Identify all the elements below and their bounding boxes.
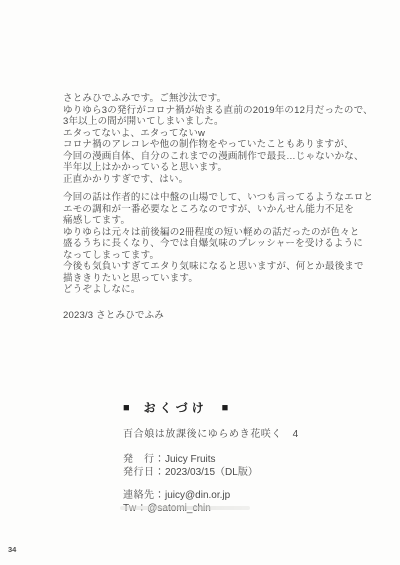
contact-row-value: juicy@din.or.jp <box>165 490 230 501</box>
afterword-line: 描ききりたいと思っています。 <box>63 273 383 285</box>
afterword-line: エモの調和が一番必要なところなのですが、いかんせん能力不足を <box>63 204 383 216</box>
afterword-line: なってしまってます。 <box>63 250 383 262</box>
scan-artifact <box>120 506 250 510</box>
afterword-lines: さとみひでふみです。ご無沙汰です。ゆりゆら3の発行がコロナ禍が始まる直前の201… <box>63 93 383 310</box>
afterword-line: 半年以上はかかっていると思います。 <box>63 162 383 174</box>
afterword-line <box>63 296 383 303</box>
colophon-heading-label: おくづけ <box>144 401 208 416</box>
afterword-line: 正直かかりすぎです、はい。 <box>63 174 383 186</box>
afterword-line: 今回の話は作者的には中盤の山場でして、いつも言ってるようなエロと <box>63 192 383 204</box>
publication-row-label: 発行日： <box>123 467 165 478</box>
afterword-line <box>63 303 383 310</box>
afterword-line: 3年以上の間が開いてしまいました。 <box>63 116 383 128</box>
page-number: 34 <box>8 545 16 554</box>
afterword-line: ゆりゆら3の発行がコロナ禍が始まる直前の2019年の12月だったので、 <box>63 105 383 117</box>
publication-row: 発行日：2023/03/15（DL版） <box>123 466 299 479</box>
publication-row-value: Juicy Fruits <box>165 454 216 465</box>
contact-row: 連絡先：juicy@din.or.jp <box>123 489 299 502</box>
contact-info: 連絡先：juicy@din.or.jp Tw：@satomi_chin <box>123 489 299 515</box>
colophon-heading: ■ おくづけ ■ <box>123 401 299 416</box>
afterword-signature: 2023/3 さとみひでふみ <box>63 310 383 322</box>
afterword-line: 今回の漫画自体、自分のこれまでの漫画制作で最長…じゃないかな、 <box>63 151 383 163</box>
colophon-section: ■ おくづけ ■ 百合娘は放課後にゆらめき花咲く 4 発 行：Juicy Fru… <box>123 401 299 515</box>
contact-row-label: 連絡先： <box>123 490 165 501</box>
afterword-line: 盛るうちに長くなり、今では自爆気味のプレッシャーを受けるように <box>63 238 383 250</box>
afterword-line: 痛感してます。 <box>63 215 383 227</box>
publication-info: 発 行：Juicy Fruits 発行日：2023/03/15（DL版） <box>123 453 299 479</box>
afterword-line: コロナ禍のアレコレや他の制作物をやっていたこともありますが、 <box>63 139 383 151</box>
afterword-line: さとみひでふみです。ご無沙汰です。 <box>63 93 383 105</box>
book-title: 百合娘は放課後にゆらめき花咲く 4 <box>123 425 299 440</box>
publication-row-value: 2023/03/15（DL版） <box>165 467 258 478</box>
publication-row: 発 行：Juicy Fruits <box>123 453 299 466</box>
afterword-line: 今後も気負いすぎてエタり気味になると思いますが、何とか最後まで <box>63 261 383 273</box>
afterword-line <box>63 185 383 192</box>
colophon-page: さとみひでふみです。ご無沙汰です。ゆりゆら3の発行がコロナ禍が始まる直前の201… <box>0 0 400 565</box>
square-bullet-icon: ■ <box>123 401 130 416</box>
afterword-block: さとみひでふみです。ご無沙汰です。ゆりゆら3の発行がコロナ禍が始まる直前の201… <box>63 93 383 321</box>
afterword-line: どうぞよしなに。 <box>63 284 383 296</box>
publication-row-label: 発 行： <box>123 454 165 465</box>
afterword-line: エタってないよ、エタってないw <box>63 128 383 140</box>
afterword-line: ゆりゆらは元々は前後編の2冊程度の短い軽めの話だったのが色々と <box>63 227 383 239</box>
square-bullet-icon: ■ <box>222 401 229 416</box>
